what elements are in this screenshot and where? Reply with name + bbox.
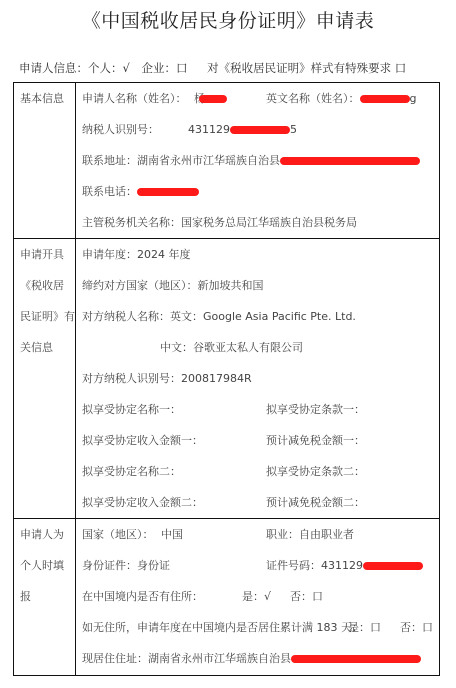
phone-value-redacted[interactable] (137, 188, 199, 196)
current-address-row: 现居住住址：湖南省永州市江华瑶族自治县 (76, 643, 439, 674)
current-address-label: 现居住住址： (82, 652, 148, 665)
counterparty-id-label: 对方纳税人识别号： (82, 372, 181, 385)
taxpayer-id-label: 纳税人识别号： (82, 123, 159, 136)
redaction-mark (360, 95, 410, 103)
special-request-checkbox[interactable]: 口 (395, 61, 407, 75)
enterprise-checkbox[interactable]: 口 (176, 61, 188, 75)
domicile-yes-label: 是： (242, 590, 264, 603)
agreement-field-label[interactable]: 拟享受协定名称二： (82, 465, 181, 478)
name-row: 申请人名称（姓名）： 杨 英文名称（姓名）：g (76, 83, 439, 114)
section-label-line: 个人时填 (14, 550, 75, 581)
redaction-mark (280, 157, 420, 165)
section-label-line: 基本信息 (14, 83, 75, 114)
section-label-individual: 申请人为 个人时填 报 (14, 519, 76, 676)
treaty-country-label: 缔约对方国家（地区）： (82, 279, 198, 292)
redaction-mark (363, 562, 423, 570)
counterparty-en-label: 英文： (170, 310, 203, 323)
english-name-value[interactable]: g (410, 92, 417, 105)
agreement-field-label[interactable]: 拟享受协定条款一： (266, 394, 365, 425)
section-label-line: 申请人为 (14, 519, 75, 550)
tax-authority-row: 主管税务机关名称：国家税务总局江华瑶族自治县税务局 (76, 207, 439, 238)
residence-183-row: 如无住所，申请年度在中国境内是否居住累计满 183 天： 是：口 否：口 (76, 612, 439, 643)
residence-yes-label: 是： (348, 621, 370, 634)
section-label-basic: 基本信息 (14, 83, 76, 239)
agreement-row: 拟享受协定收入金额二： 预计减免税金额二： (76, 487, 439, 518)
id-type-value[interactable]: 身份证 (137, 559, 170, 572)
domicile-no-label: 否： (290, 590, 312, 603)
taxpayer-id-suffix: 5 (290, 123, 297, 136)
address-row: 联系地址：湖南省永州市江华瑶族自治县 (76, 145, 439, 176)
redaction-mark (230, 126, 290, 134)
taxpayer-id-value[interactable]: 431129 (188, 123, 230, 136)
section-label-line: 民证明》有 (14, 301, 75, 332)
enterprise-label: 企业： (141, 61, 176, 75)
treaty-country-value[interactable]: 新加坡共和国 (198, 279, 264, 292)
agreement-field-label[interactable]: 拟享受协定收入金额二： (82, 496, 203, 509)
id-type-label: 身份证件： (82, 559, 137, 572)
year-row: 申请年度：2024 年度 (76, 239, 439, 270)
residence-yes-checkbox[interactable]: 口 (370, 621, 381, 634)
agreement-field-label[interactable]: 预计减免税金额二： (266, 487, 365, 518)
basic-info-content: 申请人名称（姓名）： 杨 英文名称（姓名）：g 纳税人识别号： 4311295 … (76, 83, 440, 239)
tax-authority-value[interactable]: 国家税务总局江华瑶族自治县税务局 (181, 216, 357, 229)
id-number-label: 证件号码： (266, 559, 321, 572)
domicile-yes-checkbox[interactable]: √ (264, 590, 271, 603)
agreement-field-label[interactable]: 拟享受协定名称一： (82, 403, 181, 416)
section-label-line: 申请开具 (14, 239, 75, 270)
taxpayer-id-row: 纳税人识别号： 4311295 (76, 114, 439, 145)
residence-no-checkbox[interactable]: 口 (422, 621, 433, 634)
agreement-field-label[interactable]: 预计减免税金额一： (266, 425, 365, 456)
agreement-row: 拟享受协定收入金额一： 预计减免税金额一： (76, 425, 439, 456)
section-label-line: 《税收居 (14, 270, 75, 301)
section-label-line: 报 (14, 581, 75, 612)
individual-label: 个人： (88, 61, 123, 75)
tax-authority-label: 主管税务机关名称： (82, 216, 181, 229)
redaction-mark (291, 655, 421, 663)
occupation-value[interactable]: 自由职业者 (299, 528, 354, 541)
address-label: 联系地址： (82, 154, 137, 167)
section-certificate-info: 申请开具 《税收居 民证明》有 关信息 申请年度：2024 年度 缔约对方国家（… (14, 239, 440, 519)
section-label-line: 关信息 (14, 332, 75, 363)
agreement-row: 拟享受协定名称一： 拟享受协定条款一： (76, 394, 439, 425)
individual-info-content: 国家（地区）： 中国 职业：自由职业者 身份证件：身份证 证件号码：431129… (76, 519, 440, 676)
residence-183-label: 如无住所，申请年度在中国境内是否居住累计满 183 天： (82, 621, 363, 634)
counterparty-id-value[interactable]: 200817984R (181, 372, 252, 385)
special-request-label: 对《税收居民证明》样式有特殊要求 (207, 61, 391, 75)
agreement-field-label[interactable]: 拟享受协定条款二： (266, 456, 365, 487)
year-value[interactable]: 2024 年度 (137, 248, 191, 261)
application-form-table: 基本信息 申请人名称（姓名）： 杨 英文名称（姓名）：g 纳税人识别号： 431… (13, 82, 440, 676)
counterparty-en-row: 对方纳税人名称：英文：Google Asia Pacific Pte. Ltd. (76, 301, 439, 332)
name-label: 申请人名称（姓名）： (82, 92, 187, 105)
current-address-value[interactable]: 湖南省永州市江华瑶族自治县 (148, 652, 291, 665)
treaty-country-row: 缔约对方国家（地区）：新加坡共和国 (76, 270, 439, 301)
domicile-label: 在中国境内是否有住所： (82, 590, 203, 603)
nationality-label: 国家（地区）： (82, 528, 154, 541)
page-title: 《中国税收居民身份证明》申请表 (0, 6, 456, 33)
certificate-info-content: 申请年度：2024 年度 缔约对方国家（地区）：新加坡共和国 对方纳税人名称：英… (76, 239, 440, 519)
counterparty-cn-row: 中文：谷歌亚太私人有限公司 (76, 332, 439, 363)
counterparty-en-value[interactable]: Google Asia Pacific Pte. Ltd. (203, 310, 356, 323)
year-label: 申请年度： (82, 248, 137, 261)
section-label-certificate: 申请开具 《税收居 民证明》有 关信息 (14, 239, 76, 519)
applicant-info-label: 申请人信息： (19, 61, 88, 75)
individual-checkbox[interactable]: √ (123, 61, 130, 75)
applicant-type-line: 申请人信息：个人：√ 企业：口 对《税收居民证明》样式有特殊要求 口 (19, 60, 406, 76)
section-basic-info: 基本信息 申请人名称（姓名）： 杨 英文名称（姓名）：g 纳税人识别号： 431… (14, 83, 440, 239)
english-name-label: 英文名称（姓名）： (266, 92, 360, 105)
counterparty-cn-value[interactable]: 谷歌亚太私人有限公司 (193, 341, 303, 354)
counterparty-id-row: 对方纳税人识别号：200817984R (76, 363, 439, 394)
id-number-value[interactable]: 431129 (321, 559, 363, 572)
nationality-row: 国家（地区）： 中国 职业：自由职业者 (76, 519, 439, 550)
id-row: 身份证件：身份证 证件号码：431129 (76, 550, 439, 581)
domicile-row: 在中国境内是否有住所： 是：√ 否：口 (76, 581, 439, 612)
agreement-field-label[interactable]: 拟享受协定收入金额一： (82, 434, 203, 447)
section-individual-info: 申请人为 个人时填 报 国家（地区）： 中国 职业：自由职业者 身份证件：身份证… (14, 519, 440, 676)
phone-label: 联系电话： (82, 185, 137, 198)
agreement-row: 拟享受协定名称二： 拟享受协定条款二： (76, 456, 439, 487)
address-value[interactable]: 湖南省永州市江华瑶族自治县 (137, 154, 280, 167)
name-value[interactable]: 杨 (190, 92, 227, 105)
counterparty-name-label: 对方纳税人名称： (82, 310, 170, 323)
domicile-no-checkbox[interactable]: 口 (312, 590, 323, 603)
counterparty-cn-label: 中文： (160, 341, 193, 354)
redaction-mark (199, 95, 227, 103)
phone-row: 联系电话： (76, 176, 439, 207)
nationality-value[interactable]: 中国 (161, 528, 183, 541)
residence-no-label: 否： (400, 621, 422, 634)
occupation-label: 职业： (266, 528, 299, 541)
